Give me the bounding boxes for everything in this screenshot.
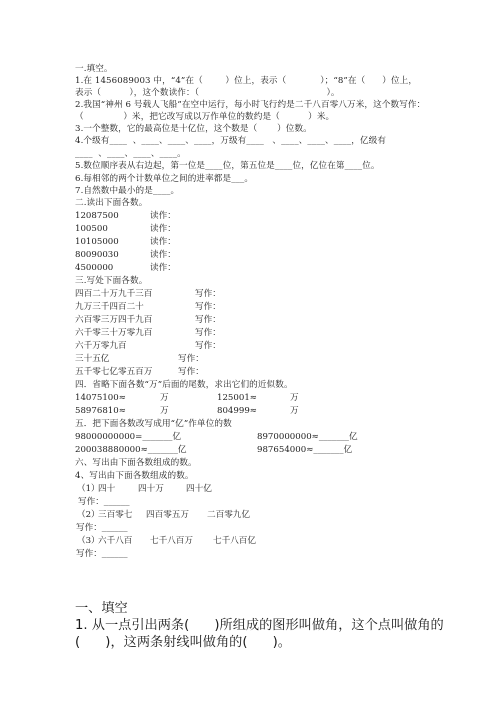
read-number: 12087500 — [75, 211, 119, 222]
write-number: 六千万零九百 — [75, 341, 127, 352]
write-number: 三十五亿 — [75, 354, 109, 365]
write-number: 五千零七亿零五百万 — [75, 367, 152, 378]
approx-number: 14075100≈ — [75, 393, 126, 404]
read-label: 读作： — [150, 250, 176, 261]
section-1-title: 一.填空。 — [75, 64, 113, 75]
write-number: 六千零三十万零九百 — [75, 328, 152, 339]
convert-item: 8970000000≈_______亿 — [257, 432, 358, 443]
group-item: 七千八百亿 — [213, 536, 256, 547]
read-number: 4500000 — [75, 263, 113, 274]
read-label: 读作： — [150, 263, 176, 274]
angle-question-line-1: 1. 从一点引出两条( )所组成的图形叫做角，这个点叫做角的 — [75, 617, 444, 634]
write-label: 写作： — [178, 354, 204, 365]
approx-number: 125001≈ — [217, 393, 257, 404]
read-label: 读作： — [150, 211, 176, 222]
write-number: 四百二十万九千三百 — [75, 289, 152, 300]
read-label: 读作： — [150, 237, 176, 248]
group-write: 写作：______ — [76, 523, 128, 534]
group-item: 四十万 — [138, 484, 164, 495]
approx-unit: 万 — [160, 406, 169, 417]
write-number: 九万三千四百二十 — [75, 302, 144, 313]
group-label: （3） — [77, 536, 100, 547]
approx-unit: 万 — [290, 406, 299, 417]
group-label: （1） — [77, 484, 100, 495]
convert-item: 200038880000≈_______亿 — [75, 445, 186, 456]
approx-unit: 万 — [290, 393, 299, 404]
write-label: 写作： — [195, 328, 221, 339]
question-2-line-1: 2.我国“神州 6 号载人飞船”在空中运行，每小时飞行约是二千八百零八万米，这个… — [75, 100, 425, 111]
section-fill-title: 一、填空 — [75, 600, 128, 617]
write-label: 写作： — [195, 341, 221, 352]
angle-question-line-2: ( )，这两条射线叫做角的( )。 — [75, 634, 291, 651]
question-5: 5.数位顺序表从右边起，第一位是____位，第五位是____位，亿位在第____… — [75, 161, 380, 172]
question-7: 7.自然数中最小的是____。 — [75, 186, 179, 197]
group-item: 四十 — [98, 484, 115, 495]
approx-number: 58976810≈ — [75, 406, 126, 417]
read-number: 100500 — [75, 224, 108, 235]
group-write: 写作：______ — [78, 497, 130, 508]
question-1-line-2: 表示（ ），这个数读作：（ ）。 — [75, 88, 340, 99]
section-2-title: 二.读出下面各数。 — [75, 198, 147, 209]
question-3: 3.一个整数，它的最高位是十亿位，这个数是（ ）位数。 — [75, 124, 312, 135]
group-item: 四百零五万 — [146, 510, 189, 521]
approx-unit: 万 — [160, 393, 169, 404]
read-label: 读作： — [150, 224, 176, 235]
write-label: 写作： — [178, 367, 204, 378]
section-6-title: 六、写出由下面各数组成的数。 — [75, 458, 197, 469]
group-label: （2） — [77, 510, 100, 521]
question-2-line-2: （ ）米，把它改写成以万作单位的数约是（ ）米。 — [75, 112, 334, 123]
group-write: 写作：______ — [76, 549, 128, 560]
write-label: 写作： — [195, 302, 221, 313]
section-4-title: 四．省略下面各数“万”后面的尾数，求出它们的近似数。 — [75, 380, 293, 391]
section-6-subtitle: 4、写出由下面各数组成的数。 — [75, 471, 194, 482]
group-item: 六千八百 — [98, 536, 132, 547]
write-label: 写作： — [195, 289, 221, 300]
group-item: 三百零七 — [98, 510, 132, 521]
section-3-title: 三.写处下面各数。 — [75, 276, 147, 287]
question-1-line-1: 1.在 1456089003 中，“4”在（ ）位上，表示（ ）；“8”在（ ）… — [75, 76, 417, 87]
group-item: 二百零九亿 — [207, 510, 250, 521]
write-label: 写作： — [195, 315, 221, 326]
question-6: 6.每相邻的两个计数单位之间的进率都是___。 — [75, 174, 253, 185]
write-number: 六百零三万四千九百 — [75, 315, 152, 326]
question-4-line-2: ____ 、____、____、____。 — [75, 149, 186, 160]
read-number: 80090030 — [75, 250, 119, 261]
convert-item: 98000000000=_______亿 — [75, 432, 181, 443]
section-5-title: 五．把下面各数改写成用“亿”作单位的数 — [75, 419, 232, 430]
group-item: 四十亿 — [186, 484, 212, 495]
approx-number: 804999≈ — [217, 406, 257, 417]
read-number: 10105000 — [75, 237, 119, 248]
group-item: 七千八百万 — [150, 536, 193, 547]
question-4-line-1: 4.个级有____ 、____、____、____，万级有____ 、____、… — [75, 136, 386, 147]
convert-item: 987654000≈_______亿 — [257, 445, 352, 456]
